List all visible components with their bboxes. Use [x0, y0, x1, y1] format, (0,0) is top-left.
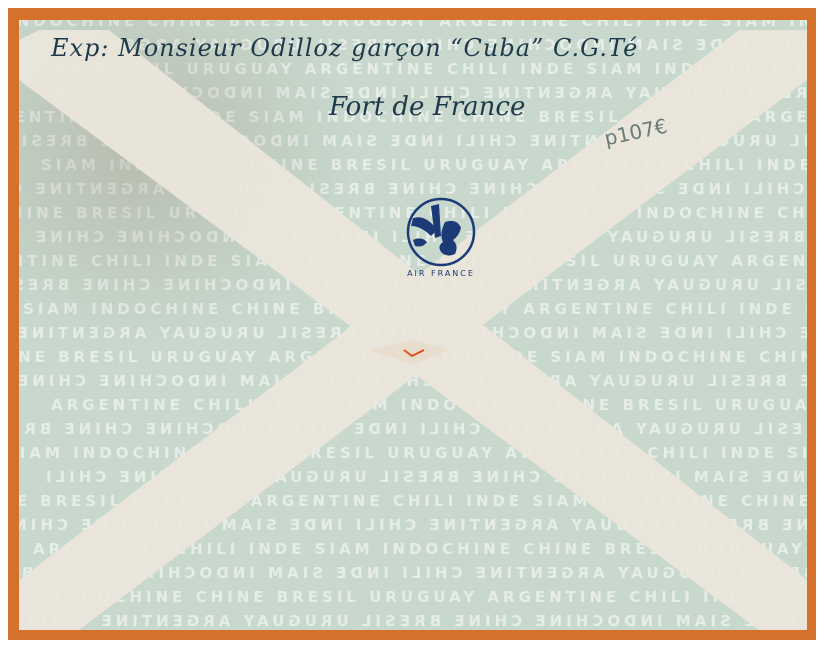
sender-location-line: Fort de France — [329, 92, 525, 122]
sender-address-line: Exp: Monsieur Odilloz garçon “Cuba” C.G.… — [51, 34, 638, 62]
envelope: SIAM INDOCHINE CHINE BRESIL URUGUAY ARGE… — [8, 8, 816, 640]
logo-text: AIR FRANCE — [407, 269, 475, 278]
seahorse-icon: AIR FRANCE — [401, 196, 481, 280]
envelope-paper: SIAM INDOCHINE CHINE BRESIL URUGUAY ARGE… — [19, 20, 807, 630]
air-france-logo: AIR FRANCE — [401, 196, 481, 280]
